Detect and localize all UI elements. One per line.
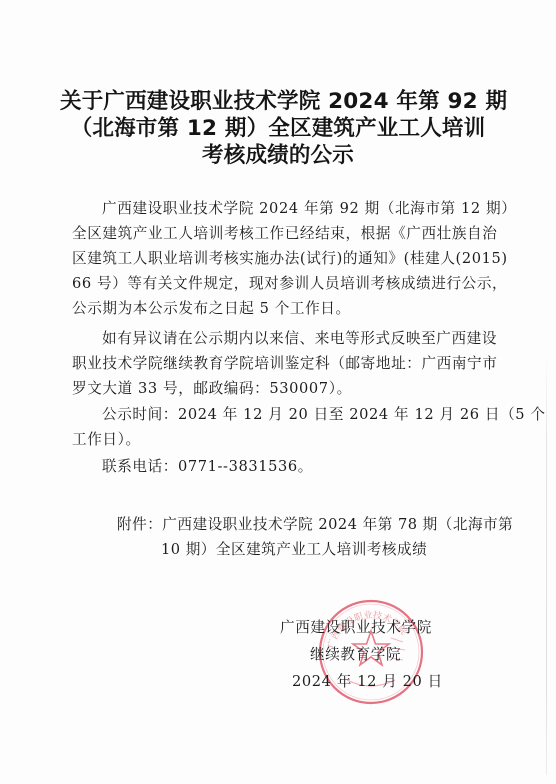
paragraph-objection: 如有异议请在公示期内以来信、来电等形式反映至广西建设 职业技术学院继续教育学院培… [72,326,490,401]
title-line-3: 考核成绩的公示 [60,142,496,169]
paragraph-line: 公示时间：2024 年 12 月 20 日至 2024 年 12 月 26 日（… [72,402,490,427]
document-page: 关于广西建设职业技术学院 2024 年第 92 期 （北海市第 12 期）全区建… [0,0,556,784]
paragraph-line: 罗文大道 33 号，邮政编码：530007）。 [72,376,490,401]
paragraph-line: 广西建设职业技术学院 2024 年第 92 期（北海市第 12 期） [72,196,490,221]
signature-department: 继续教育学院 [280,641,430,668]
page-edge-divider [546,355,547,775]
paragraph-publicity-period: 公示时间：2024 年 12 月 20 日至 2024 年 12 月 26 日（… [72,402,490,452]
paragraph-line: 区建筑工人职业培训考核实施办法(试行)的通知》(桂建人(2015) [72,246,490,271]
paragraph-line: 全区建筑产业工人培训考核工作已经结束，根据《广西壮族自治 [72,221,490,246]
signature-organization: 广西建设职业技术学院 [280,614,430,641]
attachment-line-2: 10 期）全区建筑产业工人培训考核成绩 [117,537,497,562]
signature-block: 广西建设职业技术学院 继续教育学院 2024 年 12 月 20 日 [280,614,430,695]
paragraph-line: 66 号）等有关文件规定，现对参训人员培训考核成绩进行公示， [72,271,490,296]
paragraph-announcement: 广西建设职业技术学院 2024 年第 92 期（北海市第 12 期） 全区建筑产… [72,196,490,321]
paragraph-line: 如有异议请在公示期内以来信、来电等形式反映至广西建设 [72,326,490,351]
attachment-line-1: 附件：广西建设职业技术学院 2024 年第 78 期（北海市第 [117,512,497,537]
signature-date: 2024 年 12 月 20 日 [280,668,430,695]
title-line-2: （北海市第 12 期）全区建筑产业工人培训 [60,115,496,142]
paragraph-contact-phone: 联系电话：0771--3831536。 [72,454,490,479]
paragraph-line: 公示期为本公示发布之日起 5 个工作日。 [72,296,490,321]
attachment-note: 附件：广西建设职业技术学院 2024 年第 78 期（北海市第 10 期）全区建… [117,512,497,562]
paragraph-line: 职业技术学院继续教育学院培训鉴定科（邮寄地址：广西南宁市 [72,351,490,376]
paragraph-line: 联系电话：0771--3831536。 [72,454,490,479]
title-line-1: 关于广西建设职业技术学院 2024 年第 92 期 [60,88,496,115]
document-title: 关于广西建设职业技术学院 2024 年第 92 期 （北海市第 12 期）全区建… [60,88,496,169]
paragraph-line: 工作日）。 [72,427,490,452]
